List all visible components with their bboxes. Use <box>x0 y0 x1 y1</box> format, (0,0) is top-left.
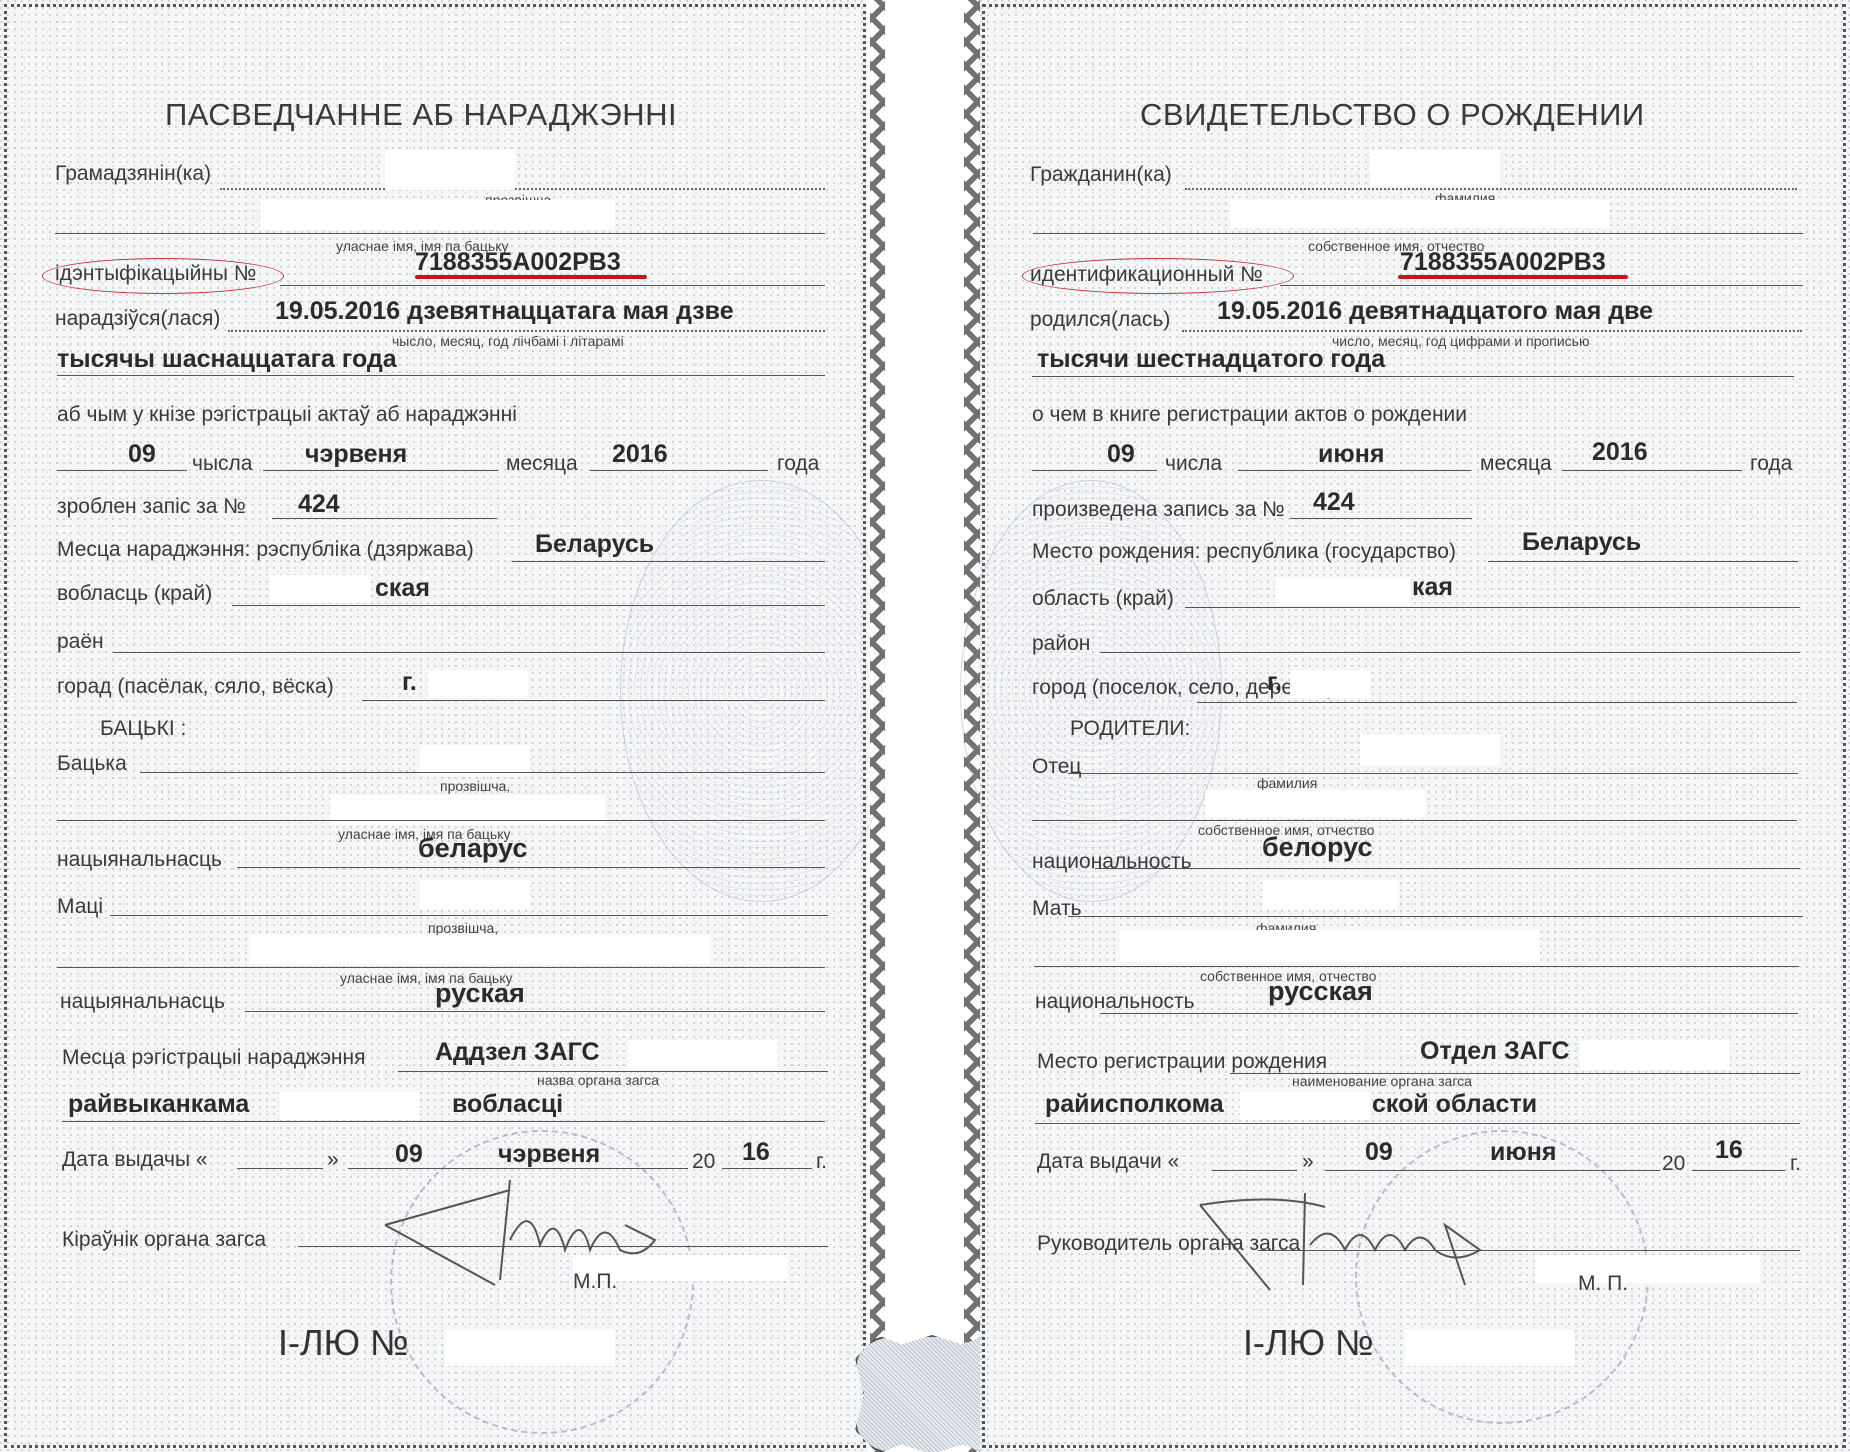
issue-year: 16 <box>1715 1136 1743 1165</box>
mother-nationality-label: национальность <box>1035 990 1195 1014</box>
document-title: СВИДЕТЕЛЬСТВО О РОЖДЕНИИ <box>1140 97 1645 133</box>
citizen-label: Грамадзянін(ка) <box>55 162 211 186</box>
mother-label: Мать <box>1032 897 1082 921</box>
russian-certificate-page: СВИДЕТЕЛЬСТВО О РОЖДЕНИИ Гражданин(ка) ф… <box>980 0 1850 1452</box>
day-label: числа <box>1165 452 1222 476</box>
born-value-line1: 19.05.2016 дзевятнаццатага мая дзве <box>275 297 734 326</box>
issue-month: чэрвеня <box>498 1140 600 1169</box>
field-line <box>1100 1013 1798 1014</box>
id-underline-highlight <box>415 275 647 279</box>
reg-place-caption: назва органа загса <box>537 1072 659 1088</box>
year-label: года <box>777 452 819 476</box>
record-no: 424 <box>298 490 340 519</box>
field-line <box>298 1246 828 1247</box>
field-line <box>1182 330 1802 332</box>
city-value: г. <box>402 668 417 697</box>
redacted-region <box>1275 578 1410 606</box>
field-line <box>1100 652 1800 653</box>
father-surname-caption: фамилия <box>1257 775 1317 791</box>
region-label: вобласць (край) <box>57 582 212 606</box>
reg-place-label: Месца рэгістрацыі нараджэння <box>62 1046 366 1070</box>
series-label: І-ЛЮ № <box>278 1322 409 1364</box>
born-value-line1: 19.05.2016 девятнадцатого мая две <box>1217 297 1653 326</box>
field-line <box>62 1121 825 1122</box>
record-year: 2016 <box>1592 438 1648 467</box>
issue-century: 20 <box>1662 1152 1685 1176</box>
reg-place-value-line2-a: райисполкома <box>1045 1090 1224 1119</box>
document-title: ПАСВЕДЧАННЕ АБ НАРАДЖЭННІ <box>165 97 677 133</box>
record-no-label: произведена запись за № <box>1032 498 1285 522</box>
reg-place-value-line1: Аддзел ЗАГС <box>435 1038 600 1067</box>
issue-year: 16 <box>742 1138 770 1167</box>
field-line <box>1238 470 1471 471</box>
redacted-district <box>1240 1092 1370 1120</box>
reg-place-caption: наименование органа загса <box>1292 1073 1472 1089</box>
redacted-name <box>1230 200 1610 228</box>
field-line <box>1068 773 1798 774</box>
redacted-mother-surname <box>420 880 530 910</box>
birthplace-label: Место рождения: республика (государство) <box>1032 540 1456 564</box>
belarusian-certificate-page: ПАСВЕДЧАННЕ АБ НАРАДЖЭННІ Грамадзянін(ка… <box>0 0 868 1452</box>
field-line <box>590 470 768 471</box>
born-value-line2: тысячи шестнадцатого года <box>1037 345 1385 374</box>
field-line <box>272 518 497 519</box>
issue-label: Дата выдачи « <box>1037 1150 1179 1174</box>
redacted-reg-place <box>628 1040 778 1070</box>
field-line <box>362 700 825 701</box>
spine <box>885 0 965 1452</box>
father-surname-caption: прозвішча, <box>440 778 510 794</box>
field-line <box>232 605 825 606</box>
seal-label: М.П. <box>573 1270 617 1294</box>
field-line <box>1562 470 1742 471</box>
field-line <box>512 561 825 562</box>
field-line <box>263 470 498 471</box>
field-line <box>1692 1170 1785 1171</box>
field-line <box>57 375 825 376</box>
born-label: родился(лась) <box>1030 308 1170 332</box>
record-no-label: зроблен запіс за № <box>57 495 246 519</box>
birthplace-label: Месца нараджэння: рэспубліка (дзяржава) <box>57 538 474 562</box>
mother-surname-caption: прозвішча, <box>428 920 498 936</box>
redacted-reg-place <box>1580 1040 1730 1070</box>
issue-century: 20 <box>692 1150 715 1174</box>
field-line <box>57 967 825 968</box>
spine-ornament-left <box>870 0 886 1452</box>
id-label: ідэнтыфікацыйны № <box>55 262 256 286</box>
field-line <box>245 1011 825 1012</box>
issue-month: июня <box>1490 1138 1556 1167</box>
redacted-mother-name <box>1120 930 1540 962</box>
father-nationality-label: национальность <box>1032 850 1192 874</box>
redacted-city <box>1290 670 1370 698</box>
born-value-line2: тысячы шаснаццатага года <box>57 345 397 374</box>
mother-nationality-label: нацыянальнасць <box>60 990 225 1014</box>
field-line <box>220 188 825 190</box>
issue-label: Дата выдачы « <box>62 1148 208 1172</box>
redacted-father-name <box>1205 790 1425 818</box>
city-value: г. <box>1267 668 1282 697</box>
id-value: 7188355А002РВ3 <box>415 248 621 277</box>
redacted-head-name <box>1535 1255 1760 1283</box>
record-day: 09 <box>128 440 156 469</box>
record-month: чэрвеня <box>305 440 407 469</box>
field-line <box>237 1168 323 1169</box>
field-line <box>1033 233 1803 234</box>
mother-nationality: русская <box>1268 976 1373 1007</box>
reg-place-value-line2-b: ской области <box>1372 1090 1537 1119</box>
reg-place-value-line1: Отдел ЗАГС <box>1420 1037 1570 1066</box>
field-line <box>1095 868 1800 869</box>
record-intro: о чем в книге регистрации актов о рожден… <box>1032 403 1467 427</box>
field-line <box>1068 916 1803 917</box>
region-value: кая <box>1412 573 1453 602</box>
parents-label: БАЦЬКІ : <box>100 717 186 741</box>
issue-quote-close: » <box>1302 1150 1314 1174</box>
redacted-surname <box>385 150 515 190</box>
field-line-spacer <box>1032 653 1800 654</box>
id-label: идентификационный № <box>1030 263 1263 287</box>
region-label: область (край) <box>1032 587 1174 611</box>
seal-label: М. П. <box>1578 1272 1628 1296</box>
born-caption: чысло, месяц, год лічбамі і літарамі <box>392 333 624 349</box>
field-line <box>1280 285 1803 286</box>
redacted-city <box>428 670 528 698</box>
month-label: месяца <box>506 452 578 476</box>
record-no: 424 <box>1313 488 1355 517</box>
birthplace-country: Беларусь <box>1522 528 1641 557</box>
field-line <box>1197 702 1797 703</box>
record-intro: аб чым у кнізе рэгістрацыі актаў аб нара… <box>57 403 517 427</box>
father-label: Отец <box>1032 755 1081 779</box>
field-line <box>110 915 828 916</box>
id-value: 7188355А002РВ3 <box>1400 248 1606 277</box>
field-line <box>1032 820 1797 821</box>
redacted-series-number <box>445 1330 615 1366</box>
field-line <box>1325 1170 1660 1171</box>
record-month: июня <box>1318 440 1384 469</box>
redacted-district <box>280 1092 420 1120</box>
field-line <box>1032 470 1157 471</box>
field-line <box>1258 1250 1800 1251</box>
city-label: город (поселок, село, деревня) <box>1032 676 1334 700</box>
redacted-mother-name <box>250 935 710 965</box>
field-line <box>140 772 825 773</box>
field-line <box>722 1168 812 1169</box>
mother-nationality: руская <box>435 978 525 1009</box>
mother-label: Маці <box>57 895 103 919</box>
field-line <box>228 330 825 332</box>
field-line <box>1185 607 1800 608</box>
field-line <box>1212 1170 1297 1171</box>
field-line <box>237 867 825 868</box>
redacted-series-number <box>1405 1330 1575 1366</box>
issue-day: 09 <box>1365 1138 1393 1167</box>
day-label: чысла <box>192 452 252 476</box>
issue-g: г. <box>1790 1152 1801 1176</box>
year-label: года <box>1750 452 1792 476</box>
redacted-surname <box>1370 150 1500 186</box>
field-line <box>55 233 825 234</box>
issue-quote-close: » <box>327 1148 339 1172</box>
father-nationality-label: нацыянальнасць <box>57 848 222 872</box>
field-line <box>1488 561 1798 562</box>
head-label: Руководитель органа загса <box>1037 1232 1300 1256</box>
issue-day: 09 <box>395 1140 423 1169</box>
region-value: ская <box>375 574 430 603</box>
father-label: Бацька <box>57 752 127 776</box>
redacted-mother-surname <box>1263 880 1398 910</box>
born-label: нарадзіўся(лася) <box>55 307 220 331</box>
series-label: І-ЛЮ № <box>1243 1322 1374 1364</box>
field-line <box>1290 518 1472 519</box>
district-label: раён <box>57 630 104 654</box>
reg-place-value-line2-b: вобласці <box>452 1090 563 1119</box>
city-label: горад (пасёлак, сяло, вёска) <box>57 675 334 699</box>
reg-place-label: Место регистрации рождения <box>1037 1050 1327 1074</box>
reg-place-value-line2-a: райвыканкама <box>68 1090 249 1119</box>
field-line <box>57 470 187 471</box>
field-line <box>1034 966 1799 967</box>
head-label: Кіраўнік органа загса <box>62 1228 266 1252</box>
id-underline-highlight <box>1398 275 1628 279</box>
birthplace-country: Беларусь <box>535 530 654 559</box>
citizen-label: Гражданин(ка) <box>1030 163 1172 187</box>
record-day: 09 <box>1107 440 1135 469</box>
father-nationality: беларус <box>418 833 527 864</box>
field-line <box>280 285 825 286</box>
record-year: 2016 <box>612 440 668 469</box>
field-line <box>1032 376 1794 377</box>
issue-g: г. <box>816 1150 827 1174</box>
field-line <box>348 1168 688 1169</box>
redacted-father-surname <box>420 745 530 775</box>
month-label: месяца <box>1480 452 1552 476</box>
field-line <box>113 652 825 653</box>
parents-label: РОДИТЕЛИ: <box>1070 717 1190 741</box>
redacted-region <box>270 575 370 603</box>
redacted-father-surname <box>1360 735 1500 765</box>
redacted-name <box>260 200 615 230</box>
watermark-emblem <box>620 480 902 902</box>
field-line <box>1035 1123 1800 1124</box>
father-nationality: белорус <box>1262 832 1372 863</box>
field-line <box>57 820 825 821</box>
